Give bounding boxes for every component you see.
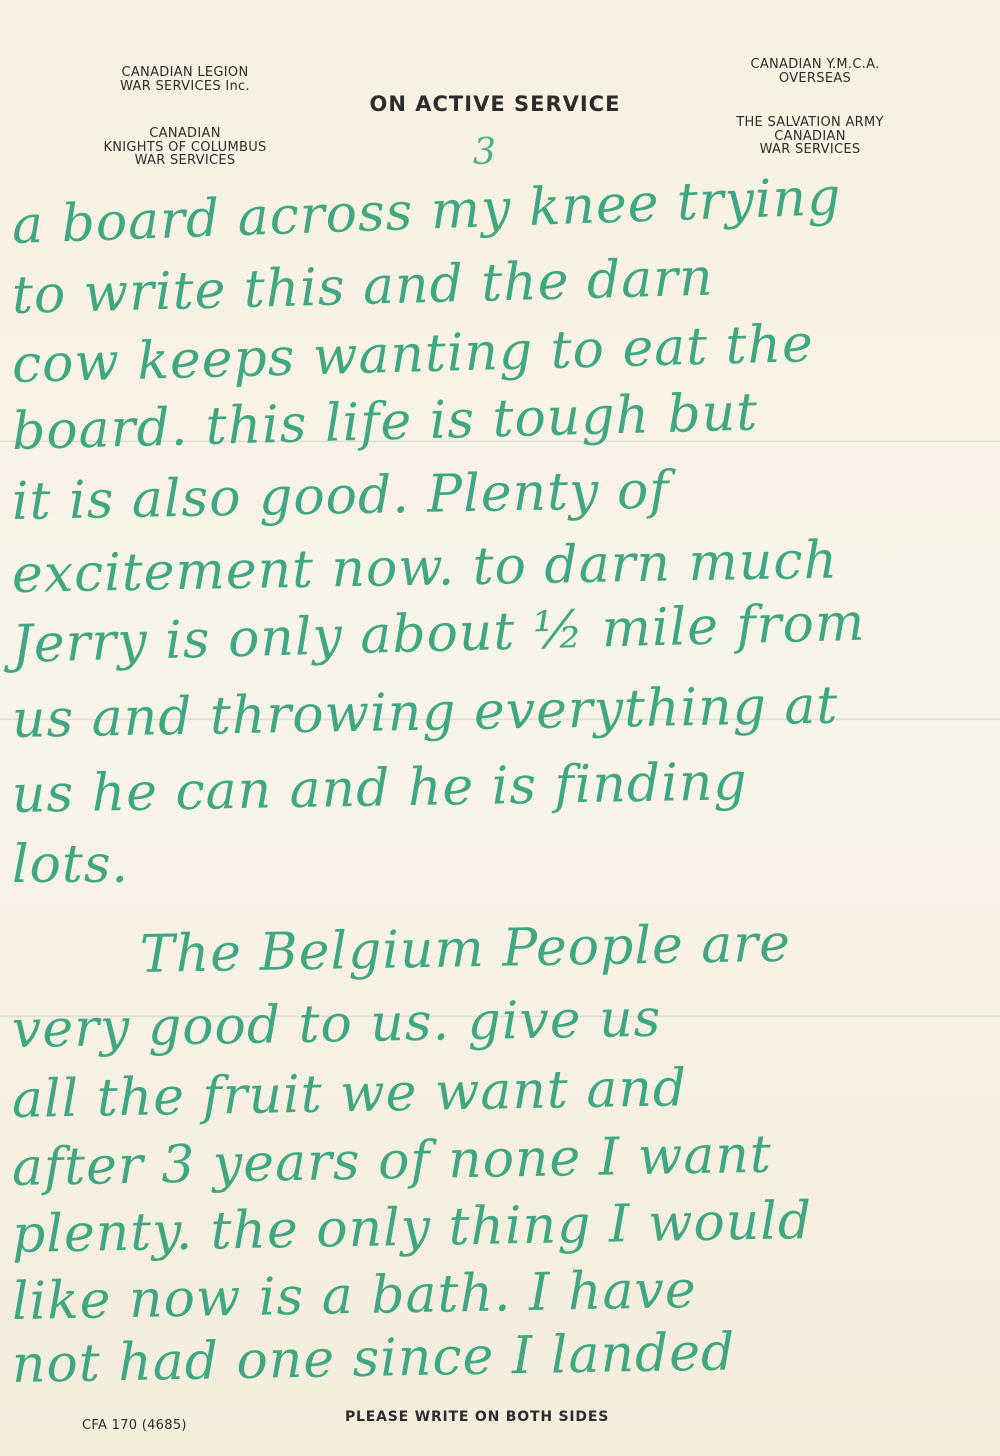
handwritten-line: like now is a bath. I have: [11, 1260, 697, 1332]
handwritten-line: excitement now. to darn much: [11, 531, 838, 605]
handwritten-line: cow keeps wanting to eat the: [11, 314, 814, 395]
handwritten-line: all the fruit we want and: [11, 1058, 687, 1130]
handwritten-line: The Belgium People are: [139, 914, 791, 985]
header-line: CANADIAN Y.M.C.A.: [710, 58, 920, 72]
header-line: WAR SERVICES: [700, 143, 920, 157]
header-line: WAR SERVICES: [70, 154, 300, 168]
handwritten-line: not had one since I landed: [11, 1322, 735, 1395]
header-line: CANADIAN LEGION: [85, 66, 285, 80]
header-line: OVERSEAS: [710, 72, 920, 86]
handwritten-line: a board across my knee trying: [11, 167, 842, 256]
page-number: 3: [473, 132, 496, 173]
handwritten-line: us he can and he is finding: [11, 752, 748, 825]
header-ymca: CANADIAN Y.M.C.A. OVERSEAS: [710, 58, 920, 85]
header-line: WAR SERVICES Inc.: [85, 80, 285, 94]
header-line: CANADIAN: [700, 130, 920, 144]
header-line: KNIGHTS OF COLUMBUS: [70, 141, 300, 155]
handwritten-line: it is also good. Plenty of: [11, 461, 669, 532]
handwritten-line: after 3 years of none I want: [11, 1125, 772, 1198]
footer-note: PLEASE WRITE ON BOTH SIDES: [345, 1410, 609, 1425]
handwritten-line: us and throwing everything at: [11, 676, 838, 750]
handwritten-line: very good to us. give us: [11, 989, 661, 1060]
header-line: CANADIAN: [70, 127, 300, 141]
letter-page: CANADIAN LEGION WAR SERVICES Inc. CANADI…: [0, 0, 1000, 1456]
header-canadian-legion: CANADIAN LEGION WAR SERVICES Inc.: [85, 66, 285, 93]
handwritten-line: to write this and the darn: [11, 248, 714, 326]
header-line: THE SALVATION ARMY: [700, 116, 920, 130]
page-title: ON ACTIVE SERVICE: [330, 93, 660, 115]
handwritten-line: lots.: [12, 835, 129, 895]
header-salvation-army: THE SALVATION ARMY CANADIAN WAR SERVICES: [700, 116, 920, 157]
handwritten-line: Jerry is only about ½ mile from: [11, 593, 866, 675]
form-code: CFA 170 (4685): [82, 1419, 187, 1433]
title-text: ON ACTIVE SERVICE: [330, 93, 660, 115]
handwritten-line: plenty. the only thing I would: [11, 1191, 812, 1265]
header-knights-of-columbus: CANADIAN KNIGHTS OF COLUMBUS WAR SERVICE…: [70, 127, 300, 168]
handwritten-line: board. this life is tough but: [11, 382, 759, 462]
